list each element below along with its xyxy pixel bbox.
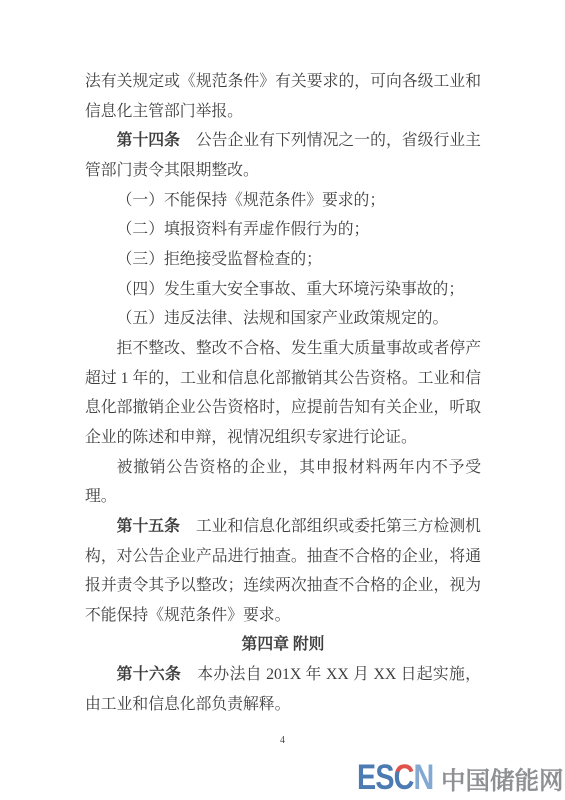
page-number: 4 xyxy=(0,735,565,747)
paragraph-rejection: 被撤销公告资格的企业，其申报材料两年内不予受理。 xyxy=(85,453,481,512)
paragraph-article-16: 第十六条 本办法自 201X 年 XX 月 XX 日起实施，由工业和信息化部负责… xyxy=(85,660,481,719)
list-item-5: （五）违反法律、法规和国家产业政策规定的。 xyxy=(85,304,481,334)
list-item-1: （一）不能保持《规范条件》要求的； xyxy=(85,186,481,216)
paragraph-article-14: 第十四条 公告企业有下列情况之一的，省级行业主管部门责令其限期整改。 xyxy=(85,126,481,185)
article-14-label: 第十四条 xyxy=(117,132,180,149)
paragraph-article-15: 第十五条 工业和信息化部组织或委托第三方检测机构，对公告企业产品进行抽查。抽查不… xyxy=(85,512,481,631)
logo-n: N xyxy=(414,759,434,797)
logo-escn-text: ESCN xyxy=(357,759,433,797)
list-item-3: （三）拒绝接受监督检查的； xyxy=(85,245,481,275)
chapter-4-heading: 第四章 附则 xyxy=(85,630,481,660)
list-item-4: （四）发生重大安全事故、重大环境污染事故的； xyxy=(85,275,481,305)
logo-c: C xyxy=(394,759,415,797)
escn-logo-graphic: ESCN 中国储能网 xyxy=(357,759,563,797)
escn-logo: ESCN 中国储能网 xyxy=(357,759,563,797)
logo-cn-text: 中国储能网 xyxy=(441,766,563,795)
paragraph-continuation: 法有关规定或《规范条件》有关要求的，可向各级工业和信息化主管部门举报。 xyxy=(85,67,481,126)
paragraph-revocation: 拒不整改、整改不合格、发生重大质量事故或者停产超过 1 年的，工业和信息化部撤销… xyxy=(85,334,481,453)
article-15-label: 第十五条 xyxy=(117,518,180,535)
logo-es: ES xyxy=(357,759,394,797)
list-item-2: （二）填报资料有弄虚作假行为的； xyxy=(85,215,481,245)
document-body: 法有关规定或《规范条件》有关要求的，可向各级工业和信息化主管部门举报。 第十四条… xyxy=(85,67,481,719)
article-16-label: 第十六条 xyxy=(117,666,182,683)
